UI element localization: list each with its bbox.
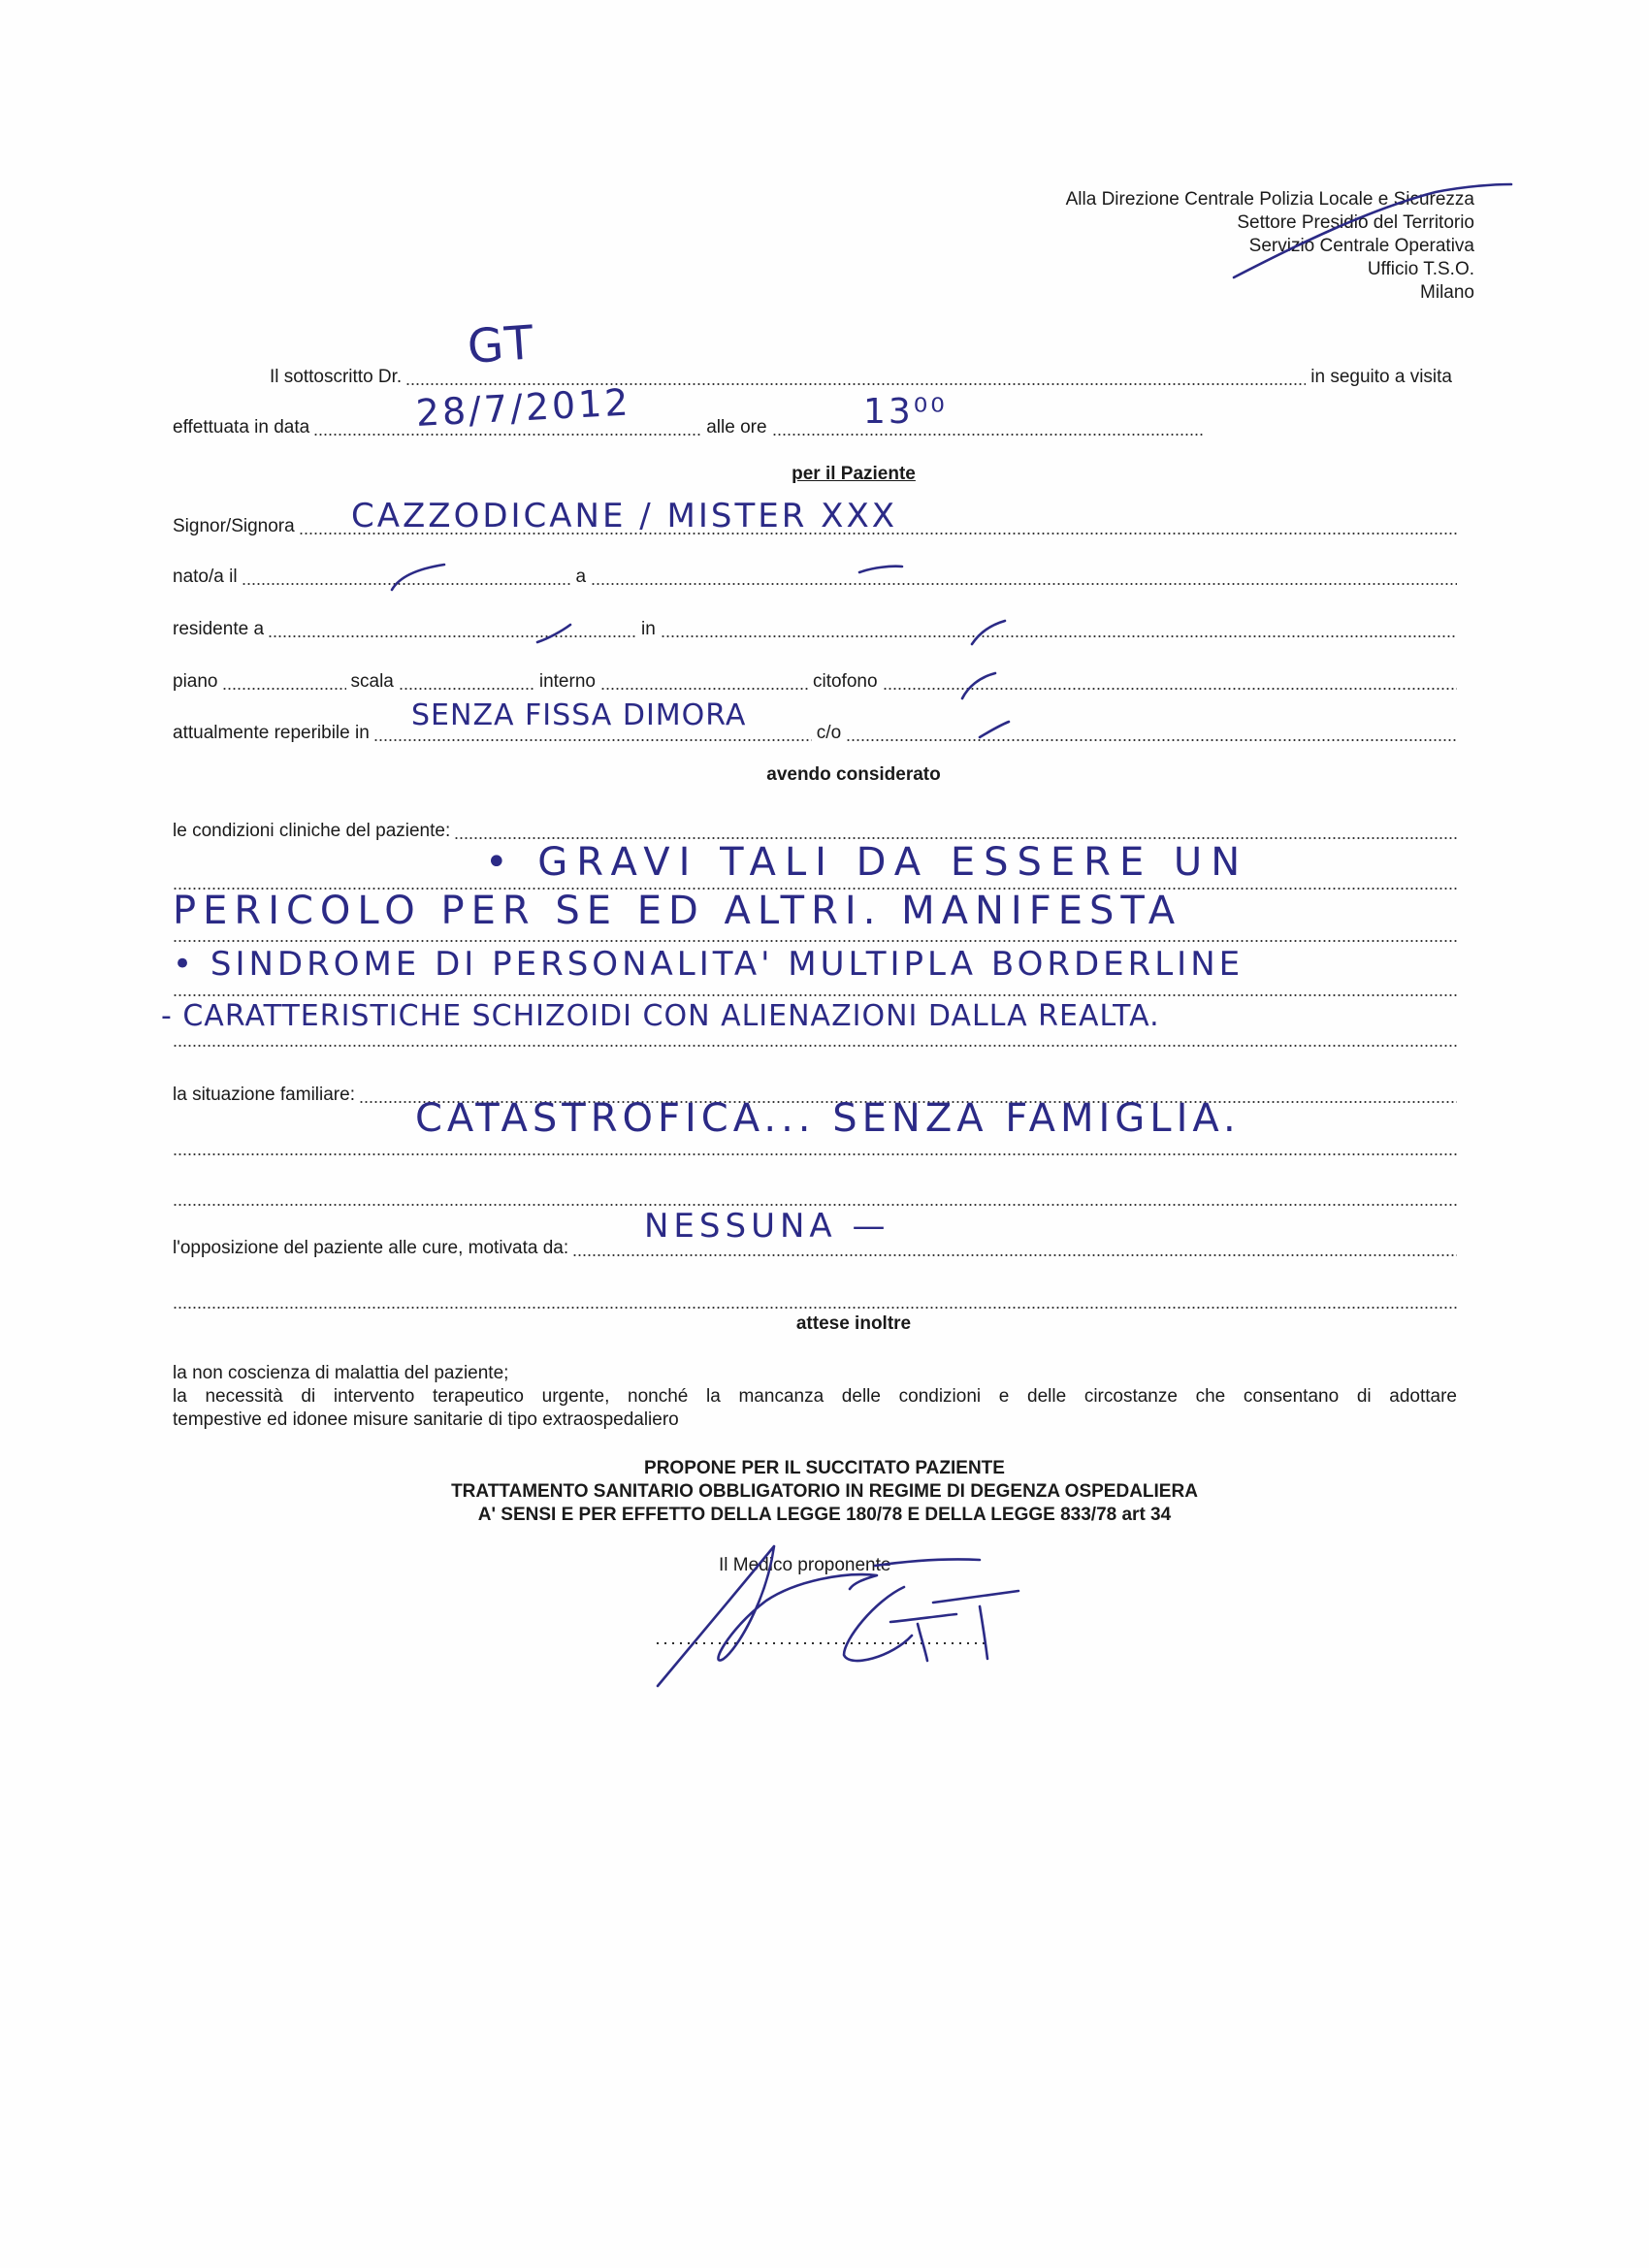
time-label: alle ore <box>701 417 771 438</box>
time-input[interactable] <box>772 413 1203 437</box>
birth-date-label: nato/a il <box>173 567 242 588</box>
family-input-line[interactable] <box>173 1183 1457 1207</box>
opposition-value: NESSUNA — <box>644 1207 889 1246</box>
proposal-line: A' SENSI E PER EFFETTO DELLA LEGGE 180/7… <box>0 1504 1649 1527</box>
reachable-row: attualmente reperibile in c/o <box>173 715 1457 744</box>
tso-form-page: Alla Direzione Centrale Polizia Locale e… <box>0 0 1649 2268</box>
residence-city-input[interactable] <box>268 615 636 638</box>
family-value-line: CATASTROFICA... SENZA FAMIGLIA. <box>415 1096 1241 1141</box>
further-heading: attese inoltre <box>29 1313 1649 1335</box>
family-label: la situazione familiare: <box>173 1085 359 1106</box>
opposition-label: l'opposizione del paziente alle cure, mo… <box>173 1238 572 1259</box>
staircase-label: scala <box>346 671 399 693</box>
clinical-input[interactable] <box>454 817 1457 840</box>
residence-label: residente a <box>173 619 268 640</box>
residence-street-dash-mark <box>970 619 1009 646</box>
residence-row: residente a in <box>173 611 1457 640</box>
clinical-value-line: • GRAVI TALI DA ESSERE UN <box>485 840 1248 885</box>
patient-name-label: Signor/Signora <box>173 516 299 537</box>
doctor-label: Il sottoscritto Dr. <box>270 367 405 388</box>
residence-street-label: in <box>636 619 661 640</box>
staircase-input[interactable] <box>399 667 534 691</box>
date-time-row: effettuata in data alle ore <box>173 409 1203 438</box>
care-of-input[interactable] <box>846 719 1457 742</box>
residence-street-input[interactable] <box>661 615 1457 638</box>
proposal-line: PROPONE PER IL SUCCITATO PAZIENTE <box>0 1457 1649 1480</box>
proposal-line: TRATTAMENTO SANITARIO OBBLIGATORIO IN RE… <box>0 1480 1649 1504</box>
clinical-label: le condizioni cliniche del paziente: <box>173 821 454 842</box>
date-label: effettuata in data <box>173 417 313 438</box>
further-paragraph: la non coscienza di malattia del pazient… <box>173 1362 1457 1385</box>
proposal-block: PROPONE PER IL SUCCITATO PAZIENTE TRATTA… <box>0 1457 1649 1527</box>
reachable-value: SENZA FISSA DIMORA <box>411 698 746 732</box>
further-paragraph: la necessità di intervento terapeutico u… <box>173 1385 1457 1409</box>
doctor-name-value: GT <box>466 315 538 374</box>
further-paragraphs: la non coscienza di malattia del pazient… <box>173 1362 1457 1432</box>
birth-place-dash-mark <box>857 565 906 576</box>
opposition-input-line[interactable] <box>173 1286 1457 1310</box>
pen-stroke-mark <box>1232 180 1513 287</box>
doctor-name-input[interactable] <box>405 363 1306 386</box>
clinical-value-line: - CARATTERISTICHE SCHIZOIDI CON ALIENAZI… <box>161 999 1160 1033</box>
clinical-value-line: • SINDROME DI PERSONALITA' MULTIPLA BORD… <box>173 945 1244 984</box>
clinical-value-line: PERICOLO PER SE ED ALTRI. MANIFESTA <box>173 889 1181 933</box>
patient-section-heading: per il Paziente <box>29 464 1649 485</box>
considerations-heading: avendo considerato <box>29 764 1649 786</box>
visit-suffix-label: in seguito a visita <box>1306 367 1457 388</box>
patient-name-value: CAZZODICANE / MISTER XXX <box>351 497 897 535</box>
reachable-label: attualmente reperibile in <box>173 723 373 744</box>
birth-row: nato/a il a <box>173 559 1457 588</box>
floor-input[interactable] <box>222 667 346 691</box>
floor-label: piano <box>173 671 222 693</box>
birth-place-label: a <box>571 567 592 588</box>
doctor-field-row: Il sottoscritto Dr. in seguito a visita <box>270 359 1457 388</box>
apartment-input[interactable] <box>600 667 808 691</box>
clinical-row: le condizioni cliniche del paziente: <box>173 813 1457 842</box>
birth-place-input[interactable] <box>591 563 1457 586</box>
care-of-label: c/o <box>812 723 846 744</box>
residence-city-dash-mark <box>535 623 574 644</box>
care-of-dash-mark <box>978 720 1011 739</box>
further-paragraph: tempestive ed idonee misure sanitarie di… <box>173 1409 1457 1432</box>
signature-scribble <box>650 1542 1038 1698</box>
opposition-line <box>173 1282 1457 1312</box>
apartment-label: interno <box>534 671 600 693</box>
birth-date-dash-mark <box>390 563 448 592</box>
time-value: 13⁰⁰ <box>863 392 948 432</box>
intercom-label: citofono <box>808 671 883 693</box>
address-details-row: piano scala interno citofono <box>173 664 1457 693</box>
intercom-dash-mark <box>960 671 999 700</box>
family-line <box>173 1180 1457 1209</box>
